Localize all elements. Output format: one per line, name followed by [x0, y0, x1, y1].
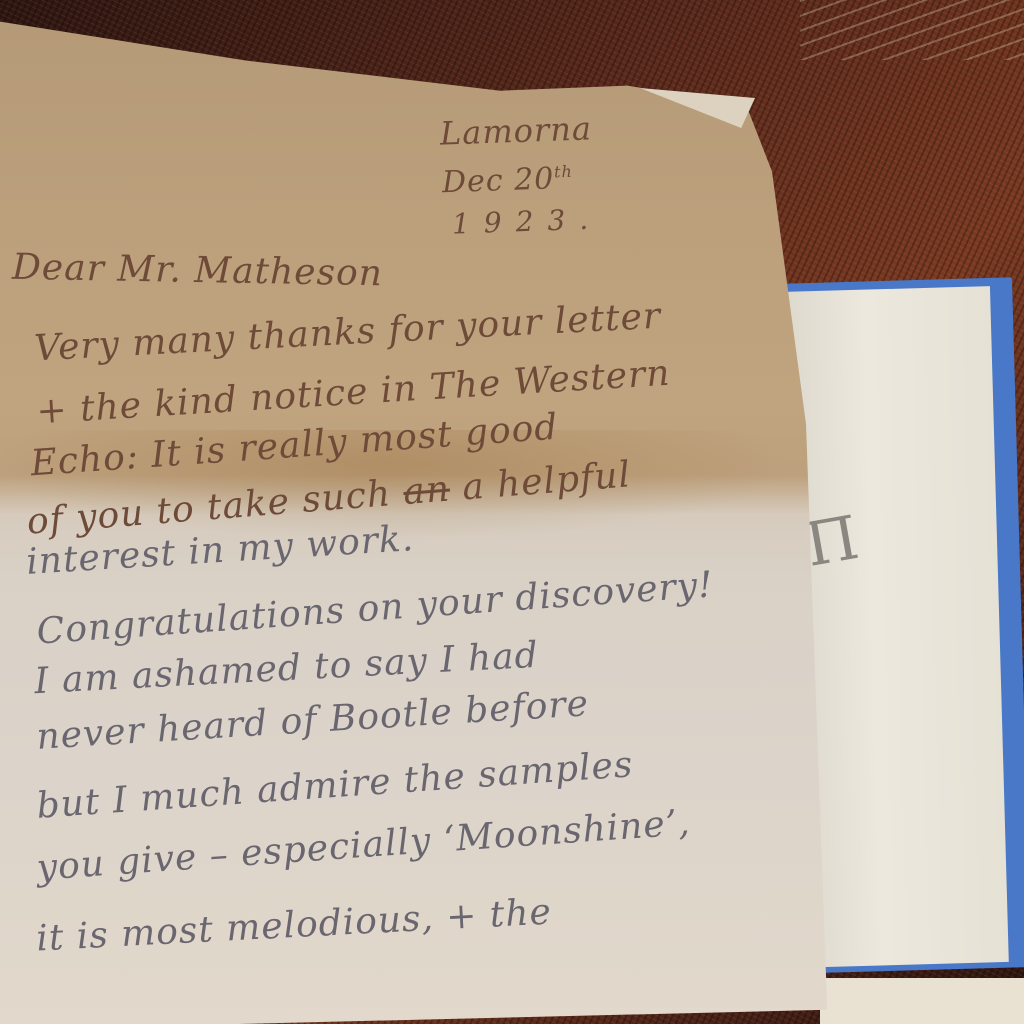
- letter-date: Dec 20th: [441, 161, 573, 201]
- book-lower-page: [820, 978, 1024, 1024]
- letter-salutation: Dear Mr. Matheson: [12, 247, 384, 294]
- rug-fringe: [800, 0, 1024, 60]
- letter-year: 1923.: [451, 202, 602, 240]
- letter-date-suffix: th: [554, 162, 573, 182]
- struck-word: an: [402, 469, 452, 514]
- letter-date-day: Dec 20: [441, 161, 554, 200]
- letter-place: Lamorna: [439, 109, 592, 152]
